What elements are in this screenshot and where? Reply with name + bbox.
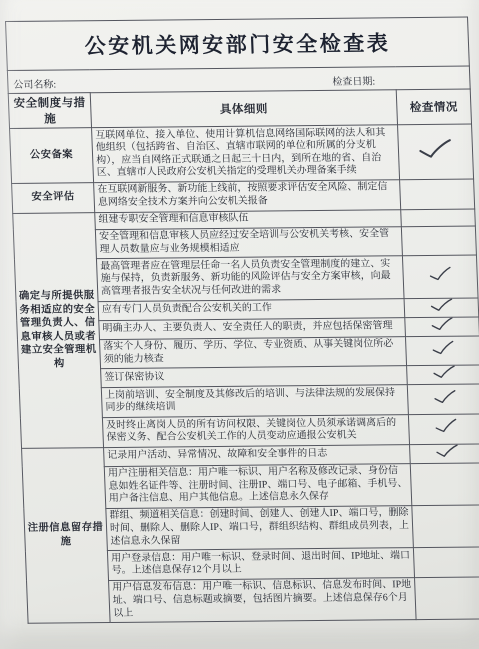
column-header-status: 检查情况 xyxy=(396,89,471,125)
title-row: 公安机关网安部门安全检查表 xyxy=(6,17,470,70)
detail-item-text: 用户注册相关信息：用户唯一标识、用户名称及修改记录、身份信息如姓名证件等、注册时… xyxy=(104,463,412,508)
check-status-cell xyxy=(401,226,476,256)
detail-item-text: 最高管理者应在管理层任命一名人员负责安全管理制度的建立、实施与保持，负责新服务、… xyxy=(96,256,404,301)
check-status-cell xyxy=(405,336,479,366)
detail-item-text: 用户登录信息：用户唯一标识、登录时间、退出时间、IP地址、端口号。上述信息保存1… xyxy=(107,548,414,581)
check-mark-icon xyxy=(429,298,454,312)
form-table-body: 公安备案互联网单位、接入单位、使用计算机信息网络国际联网的法人和其他组织（包括跨… xyxy=(10,124,479,623)
detail-item-text: 及时终止离岗人员的所有访问权限、关键岗位人员须承诺调离后的保密义务、配合公安机关… xyxy=(102,415,409,448)
check-status-cell xyxy=(415,577,479,620)
check-status-cell xyxy=(413,547,479,577)
column-header-row: 安全制度与措施 具体细则 检查情况 xyxy=(8,89,471,128)
check-status-cell xyxy=(405,317,479,337)
check-status-cell xyxy=(412,505,479,548)
meta-row: 公司名称: 检查日期: xyxy=(7,66,470,93)
check-status-cell xyxy=(401,209,476,227)
security-check-table: 公安机关网安部门安全检查表 公司名称: 检查日期: 安全制度与措施 具体细则 检… xyxy=(5,17,479,624)
check-mark-icon xyxy=(430,340,456,356)
check-mark-icon xyxy=(434,444,459,458)
detail-item-text: 上岗前培训、安全制度及其修改后的培训、与法律法规的发展保持同步的继续培训 xyxy=(101,385,408,418)
section-label: 公安备案 xyxy=(10,128,94,184)
check-status-cell xyxy=(398,124,474,180)
column-header-details: 具体细则 xyxy=(90,90,397,128)
check-status-cell xyxy=(410,444,479,464)
section-label: 安全评估 xyxy=(12,183,95,213)
table-row: 安全评估在互联网新服务、新功能上线前，按照要求评估安全风险、制定信息网络安全技术… xyxy=(12,179,475,213)
column-header-measures: 安全制度与措施 xyxy=(8,93,91,129)
detail-item-text: 落实个人身份、履历、学历、学位、专业资质、从事关键岗位所必须的能力核查 xyxy=(99,336,406,369)
check-status-cell xyxy=(407,365,479,385)
section-label: 确定与所提供服务相适应的安全管理负责人、信息审核人员或者建立安全管理机构 xyxy=(13,212,104,448)
check-mark-icon xyxy=(431,365,456,379)
detail-item-text: 群组、频道相关信息：创建时间、创建人、创建人IP、端口号，删除时间、删除人、删除… xyxy=(106,506,414,551)
check-status-cell xyxy=(402,255,478,298)
check-status-cell xyxy=(408,414,479,444)
check-status-cell xyxy=(407,384,479,414)
scanned-page: { "title": "公安机关网安部门安全检查表", "meta": { "c… xyxy=(0,0,479,649)
detail-item-text: 在互联网新服务、新功能上线前，按照要求评估安全风险、制定信息网络安全技术方案并向… xyxy=(94,180,401,213)
check-mark-icon xyxy=(416,139,455,160)
check-mark-icon xyxy=(429,317,454,332)
meta-cell: 公司名称: 检查日期: xyxy=(7,66,470,93)
form-sheet: 公安机关网安部门安全检查表 公司名称: 检查日期: 安全制度与措施 具体细则 检… xyxy=(5,17,479,624)
detail-item-text: 安全管理和信息审核人员应经过安全培训与公安机关考核、安全管理人员数量应与业务规模… xyxy=(95,226,402,259)
detail-item-text: 用户信息发布信息：用户唯一标识、信息标识、信息发布时间、IP地址、端口号、信息标… xyxy=(109,578,417,623)
check-mark-icon xyxy=(427,266,453,282)
detail-item-text: 互联网单位、接入单位、使用计算机信息网络国际联网的法人和其他组织（包括跨省、自治… xyxy=(92,125,400,183)
company-name-label: 公司名称: xyxy=(13,76,56,91)
check-status-cell xyxy=(404,298,479,318)
check-mark-icon xyxy=(432,389,457,404)
page-title: 公安机关网安部门安全检查表 xyxy=(6,17,470,70)
table-row: 公安备案互联网单位、接入单位、使用计算机信息网络国际联网的法人和其他组织（包括跨… xyxy=(10,124,474,183)
check-status-cell xyxy=(400,179,475,209)
check-status-cell xyxy=(410,463,479,506)
inspection-date-label: 检查日期: xyxy=(332,72,375,87)
check-mark-icon xyxy=(433,419,459,435)
section-label: 注册信息留存措施 xyxy=(22,447,111,623)
